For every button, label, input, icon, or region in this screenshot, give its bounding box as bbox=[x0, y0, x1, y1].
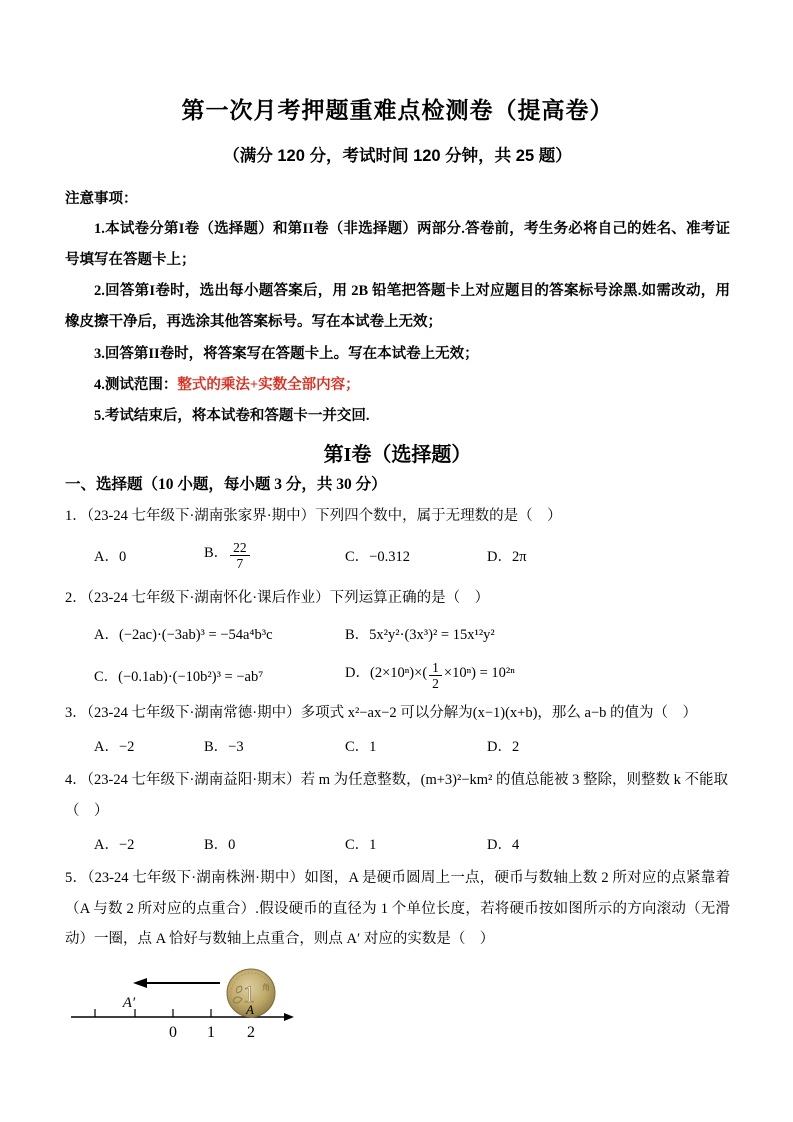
tick-label-0: 0 bbox=[169, 1024, 177, 1041]
question-5-stem: 5．（23-24 七年级下·湖南株洲·期中）如图，A 是硬币圆周上一点，硬币与数… bbox=[65, 863, 730, 954]
question-4-stem: 4．（23-24 七年级下·湖南益阳·期末）若 m 为任意整数，(m+3)²−k… bbox=[65, 765, 730, 795]
notice-heading: 注意事项： bbox=[65, 184, 730, 214]
notice-4-red-text: 整式的乘法+实数全部内容； bbox=[177, 377, 359, 393]
coin-graphic: 1 角 A bbox=[227, 969, 275, 1017]
question-1-stem: 1．（23-24 七年级下·湖南张家界·期中）下列四个数中，属于无理数的是（ ） bbox=[65, 501, 730, 531]
section-title: 第I卷（选择题） bbox=[65, 438, 730, 467]
question-1: 1．（23-24 七年级下·湖南张家界·期中）下列四个数中，属于无理数的是（ ）… bbox=[65, 501, 730, 578]
tick-label-1: 1 bbox=[207, 1024, 215, 1041]
coin-point-a-label: A bbox=[245, 1002, 254, 1017]
q3-option-a: A．−2 bbox=[94, 735, 204, 756]
q2-option-a: A．(−2ac)·(−3ab)³ = −54a⁴b³c bbox=[94, 623, 345, 644]
q3-option-b: B．−3 bbox=[204, 735, 345, 756]
question-3-options: A．−2 B．−3 C．1 D．2 bbox=[65, 729, 730, 761]
question-2: 2．（23-24 七年级下·湖南怀化·课后作业）下列运算正确的是（ ） A．(−… bbox=[65, 583, 730, 696]
question-2-options-row-2: C．(−0.1ab)·(−10b²)³ = −ab⁷ D．(2×10ⁿ)×(12… bbox=[65, 656, 730, 696]
fraction-1-2: 12 bbox=[429, 660, 442, 692]
notice-5-text: 5.考试结束后，将本试卷和答题卡一并交回. bbox=[94, 408, 370, 424]
notice-1-text: 1.本试卷分第I卷（选择题）和第II卷（非选择题）两部分.答卷前，考生务必将自己… bbox=[65, 221, 730, 268]
question-4-answer-parens: （ ） bbox=[65, 796, 730, 826]
q1-option-b: B．227 bbox=[204, 540, 345, 572]
question-2-options-row-1: A．(−2ac)·(−3ab)³ = −54a⁴b³c B．5x²y²·(3x³… bbox=[65, 614, 730, 654]
notice-item-1: 1.本试卷分第I卷（选择题）和第II卷（非选择题）两部分.答卷前，考生务必将自己… bbox=[65, 214, 730, 276]
q4-option-c: C．1 bbox=[345, 833, 487, 854]
q2-option-c: C．(−0.1ab)·(−10b²)³ = −ab⁷ bbox=[94, 665, 345, 686]
notice-item-5: 5.考试结束后，将本试卷和答题卡一并交回. bbox=[65, 401, 730, 432]
question-1-options: A．0 B．227 C．−0.312 D．2π bbox=[65, 533, 730, 579]
q1-option-a: A．0 bbox=[94, 545, 204, 566]
notice-item-2: 2.回答第I卷时，选出每小题答案后，用 2B 铅笔把答题卡上对应题目的答案标号涂… bbox=[65, 276, 730, 338]
notice-4-text: 4.测试范围： bbox=[94, 377, 177, 393]
doc-subtitle: （满分 120 分，考试时间 120 分钟，共 25 题） bbox=[65, 142, 730, 166]
question-5-figure: 0 1 2 A′ 1 角 A bbox=[65, 957, 730, 1060]
q1-option-c: C．−0.312 bbox=[345, 545, 487, 566]
notice-3-text: 3.回答第II卷时，将答案写在答题卡上。写在本试卷上无效； bbox=[94, 346, 479, 362]
point-a-prime-label: A′ bbox=[122, 995, 136, 1011]
q3-option-d: D．2 bbox=[487, 735, 730, 756]
question-4-options: A．−2 B．0 C．1 D．4 bbox=[65, 827, 730, 859]
q4-option-d: D．4 bbox=[487, 833, 730, 854]
page-title: 第一次月考押题重难点检测卷（提高卷） bbox=[65, 0, 730, 125]
notice-2-text: 2.回答第I卷时，选出每小题答案后，用 2B 铅笔把答题卡上对应题目的答案标号涂… bbox=[65, 283, 730, 330]
coin-unit: 角 bbox=[262, 982, 270, 992]
q4-option-a: A．−2 bbox=[94, 833, 204, 854]
tick-label-2: 2 bbox=[247, 1024, 255, 1041]
question-5: 5．（23-24 七年级下·湖南株洲·期中）如图，A 是硬币圆周上一点，硬币与数… bbox=[65, 863, 730, 1059]
q4-option-b: B．0 bbox=[204, 833, 345, 854]
q2-option-d: D．(2×10ⁿ)×(12×10ⁿ) = 10²ⁿ bbox=[345, 660, 730, 692]
page-content: 第一次月考押题重难点检测卷（提高卷） （满分 120 分，考试时间 120 分钟… bbox=[65, 0, 730, 1060]
q1-option-d: D．2π bbox=[487, 545, 730, 566]
question-2-stem: 2．（23-24 七年级下·湖南怀化·课后作业）下列运算正确的是（ ） bbox=[65, 583, 730, 613]
question-4: 4．（23-24 七年级下·湖南益阳·期末）若 m 为任意整数，(m+3)²−k… bbox=[65, 765, 730, 859]
roll-direction-arrow bbox=[133, 978, 220, 988]
q2-option-b: B．5x²y²·(3x³)² = 15x¹²y² bbox=[345, 623, 730, 644]
notice-item-4: 4.测试范围：整式的乘法+实数全部内容； bbox=[65, 370, 730, 401]
number-line-figure: 0 1 2 A′ 1 角 A bbox=[65, 957, 365, 1055]
fraction-22-7: 227 bbox=[230, 540, 250, 572]
question-3: 3．（23-24 七年级下·湖南常德·期中）多项式 x²−ax−2 可以分解为(… bbox=[65, 698, 730, 761]
notice-item-3: 3.回答第II卷时，将答案写在答题卡上。写在本试卷上无效； bbox=[65, 339, 730, 370]
part-heading: 一、选择题（10 小题，每小题 3 分，共 30 分） bbox=[65, 469, 730, 502]
q3-option-c: C．1 bbox=[345, 735, 487, 756]
question-3-stem: 3．（23-24 七年级下·湖南常德·期中）多项式 x²−ax−2 可以分解为(… bbox=[65, 698, 730, 728]
exam-page: 第一次月考押题重难点检测卷（提高卷） （满分 120 分，考试时间 120 分钟… bbox=[0, 0, 793, 1122]
